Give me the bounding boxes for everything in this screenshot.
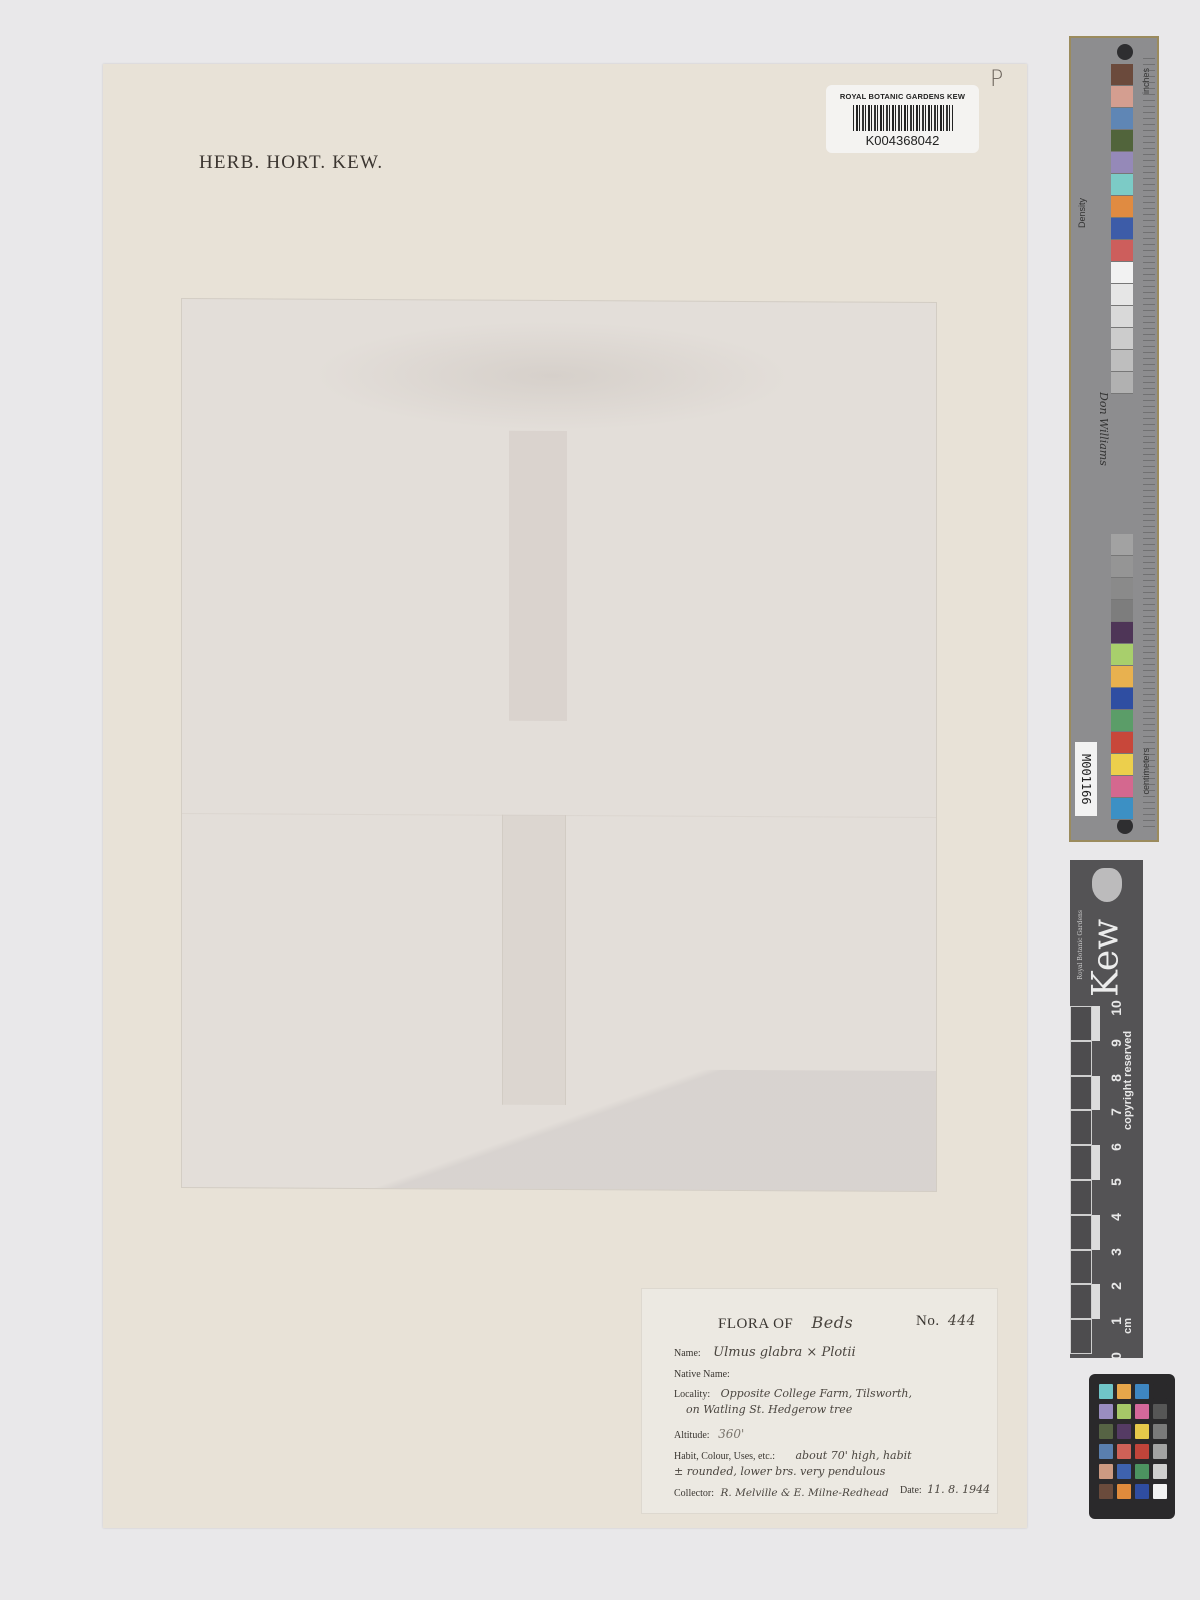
kew-subtitle: Royal Botanic Gardens — [1077, 910, 1084, 980]
label-field-name: Name: Ulmus glabra × Plotii — [674, 1345, 856, 1360]
ruler-hole-bottom — [1117, 818, 1133, 834]
ruler-ticks — [1143, 58, 1155, 828]
color-checker-patch — [1117, 1484, 1131, 1499]
kew-scale-block — [1070, 1180, 1092, 1215]
kew-scale-number: 4 — [1108, 1207, 1124, 1227]
ruler-swatch — [1111, 108, 1133, 130]
kew-copyright: copyright reserved — [1122, 1000, 1134, 1130]
ruler-swatch — [1111, 776, 1133, 798]
color-checker-patch — [1135, 1404, 1149, 1419]
color-checker-patch — [1153, 1464, 1167, 1479]
ruler-swatch — [1111, 534, 1133, 556]
ruler-target-area — [1111, 394, 1135, 534]
label-field-native-name: Native Name: — [674, 1369, 730, 1380]
barcode-label: ROYAL BOTANIC GARDENS KEW K004368042 — [826, 85, 979, 153]
ruler-swatch — [1111, 556, 1133, 578]
kew-scale-block-light — [1092, 1006, 1100, 1041]
label-field-collector: Collector: R. Melville & E. Milne-Redhea… — [674, 1487, 889, 1499]
color-checker-patch — [1117, 1404, 1131, 1419]
color-checker-patch — [1117, 1384, 1131, 1399]
ruler-swatch — [1111, 284, 1133, 306]
ruler-swatch — [1111, 372, 1133, 394]
kew-scale-number: 3 — [1108, 1242, 1124, 1262]
color-checker-patch — [1099, 1484, 1113, 1499]
kew-scale-block — [1070, 1215, 1092, 1250]
ruler-swatch-column — [1111, 64, 1135, 820]
packet-bottom-flap — [182, 1067, 936, 1191]
barcode-number: K004368042 — [866, 133, 940, 148]
ruler-swatch — [1111, 710, 1133, 732]
ruler-swatch — [1111, 262, 1133, 284]
flora-region: Beds — [812, 1313, 854, 1332]
kew-scale-block — [1070, 1319, 1092, 1354]
ruler-swatch — [1111, 218, 1133, 240]
color-checker-patch — [1099, 1464, 1113, 1479]
color-checker-patch — [1135, 1464, 1149, 1479]
kew-unit: cm — [1122, 1318, 1134, 1334]
kew-scale-block-light — [1092, 1076, 1100, 1111]
label-field-habit-cont: ± rounded, lower brs. very pendulous — [674, 1465, 885, 1478]
color-checker-card — [1089, 1374, 1175, 1519]
color-checker-patch — [1117, 1444, 1131, 1459]
ruler-swatch — [1111, 306, 1133, 328]
ruler-brand: Don Williams — [1097, 392, 1110, 466]
packet-fold-strip — [509, 431, 567, 721]
kew-scale-block-light — [1092, 1215, 1100, 1250]
ruler-density-label: Density — [1077, 198, 1087, 228]
barcode-icon — [853, 105, 953, 131]
color-checker-patch — [1153, 1404, 1167, 1419]
barcode-institution: ROYAL BOTANIC GARDENS KEW — [840, 92, 965, 101]
ruler-hole-top — [1117, 44, 1133, 60]
color-checker-patch — [1099, 1404, 1113, 1419]
color-checker-patch — [1099, 1444, 1113, 1459]
label-field-locality-cont: on Watling St. Hedgerow tree — [686, 1403, 852, 1416]
label-title: FLORA OF Beds — [718, 1313, 853, 1333]
ruler-swatch — [1111, 688, 1133, 710]
packet-shadow — [312, 320, 792, 433]
label-field-date: Date: 11. 8. 1944 — [900, 1483, 990, 1496]
color-checker-patch — [1135, 1484, 1149, 1499]
color-checker-patch — [1117, 1464, 1131, 1479]
ruler-swatch — [1111, 578, 1133, 600]
kew-scale-block — [1070, 1284, 1092, 1319]
ruler-swatch — [1111, 644, 1133, 666]
ruler-id: M001166 — [1075, 742, 1097, 816]
kew-scale-block — [1070, 1145, 1092, 1180]
color-checker-patch — [1099, 1424, 1113, 1439]
color-checker-patch — [1153, 1484, 1167, 1499]
ruler-swatch — [1111, 622, 1133, 644]
kew-scale-block-light — [1092, 1145, 1100, 1180]
herbarium-header: HERB. HORT. KEW. — [199, 152, 383, 174]
kew-scale-block — [1070, 1041, 1092, 1076]
packet-lower-flap-strip — [502, 815, 566, 1105]
ruler-swatch — [1111, 798, 1133, 820]
label-number: No. 444 — [916, 1313, 976, 1330]
ruler-swatch — [1111, 600, 1133, 622]
kew-scale-number: 5 — [1108, 1172, 1124, 1192]
kew-scale-number: 2 — [1108, 1276, 1124, 1296]
kew-scale-number: 6 — [1108, 1137, 1124, 1157]
color-checker-patch — [1153, 1444, 1167, 1459]
color-checker-grid — [1099, 1384, 1167, 1499]
kew-crest-icon — [1092, 868, 1122, 902]
ruler-swatch — [1111, 754, 1133, 776]
kew-scale-block — [1070, 1076, 1092, 1111]
herbarium-sheet: HERB. HORT. KEW. P ROYAL BOTANIC GARDENS… — [103, 64, 1027, 1528]
kew-scale-block — [1070, 1110, 1092, 1145]
ruler-swatch — [1111, 174, 1133, 196]
kew-wordmark: Kew — [1086, 908, 1126, 1008]
color-checker-patch — [1099, 1384, 1113, 1399]
label-field-locality: Locality: Opposite College Farm, Tilswor… — [674, 1387, 912, 1400]
ruler-swatch — [1111, 350, 1133, 372]
corner-mark: P — [990, 67, 1003, 92]
color-checker-patch — [1135, 1444, 1149, 1459]
color-checker-patch — [1117, 1424, 1131, 1439]
label-field-habit: Habit, Colour, Uses, etc.: about 70' hig… — [674, 1449, 912, 1462]
kew-scale-block — [1070, 1006, 1092, 1041]
ruler-swatch — [1111, 240, 1133, 262]
kew-scale-block — [1070, 1250, 1092, 1285]
kew-scale-bar: Royal Botanic Gardens Kew 109876543210 c… — [1070, 860, 1143, 1358]
color-checker-patch — [1135, 1384, 1149, 1399]
ruler-swatch — [1111, 86, 1133, 108]
color-ruler: inches Density Don Williams centimeters … — [1069, 36, 1159, 842]
ruler-swatch — [1111, 64, 1133, 86]
ruler-swatch — [1111, 130, 1133, 152]
specimen-label: FLORA OF Beds No. 444 Name: Ulmus glabra… — [641, 1288, 998, 1514]
color-checker-patch — [1153, 1384, 1167, 1399]
kew-scale-blocks — [1070, 1006, 1106, 1354]
color-checker-patch — [1135, 1424, 1149, 1439]
kew-scale-number: 0 — [1108, 1346, 1124, 1366]
kew-scale-block-light — [1092, 1284, 1100, 1319]
ruler-swatch — [1111, 732, 1133, 754]
ruler-swatch — [1111, 152, 1133, 174]
label-field-altitude: Altitude: 360' — [674, 1427, 744, 1441]
ruler-swatch — [1111, 328, 1133, 350]
ruler-swatch — [1111, 666, 1133, 688]
ruler-swatch — [1111, 196, 1133, 218]
specimen-packet — [181, 298, 937, 1192]
color-checker-patch — [1153, 1424, 1167, 1439]
